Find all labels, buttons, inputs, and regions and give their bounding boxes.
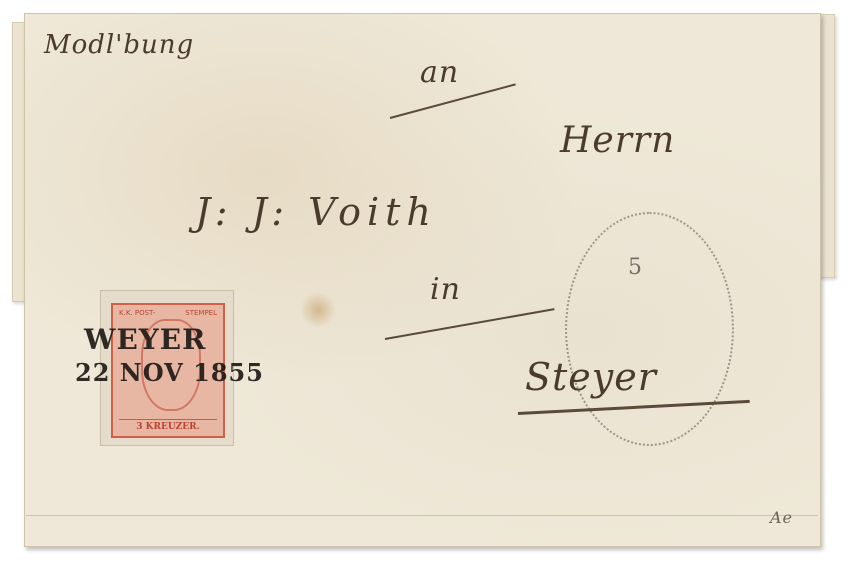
salutation-prefix: an [420, 55, 459, 90]
receiving-postmark-number: 5 [628, 255, 642, 280]
postmark-town: WEYER [84, 323, 206, 356]
stamp-top-right-text: STEMPEL [185, 309, 217, 317]
corner-note: Modl'bung [44, 30, 194, 60]
recipient-name: J: J: Voith [195, 190, 437, 234]
postmark-date: 22 NOV 1855 [75, 358, 264, 387]
fold-line [26, 515, 818, 516]
stain [300, 292, 336, 328]
place-prefix: in [430, 272, 461, 307]
bottom-right-mark: Ae [770, 508, 793, 527]
salutation: Herrn [560, 120, 675, 161]
destination: Steyer [525, 355, 657, 399]
stamp-top-left-text: K.K. POST- [119, 309, 155, 317]
stamp-value: 3 KREUZER. [119, 419, 217, 432]
